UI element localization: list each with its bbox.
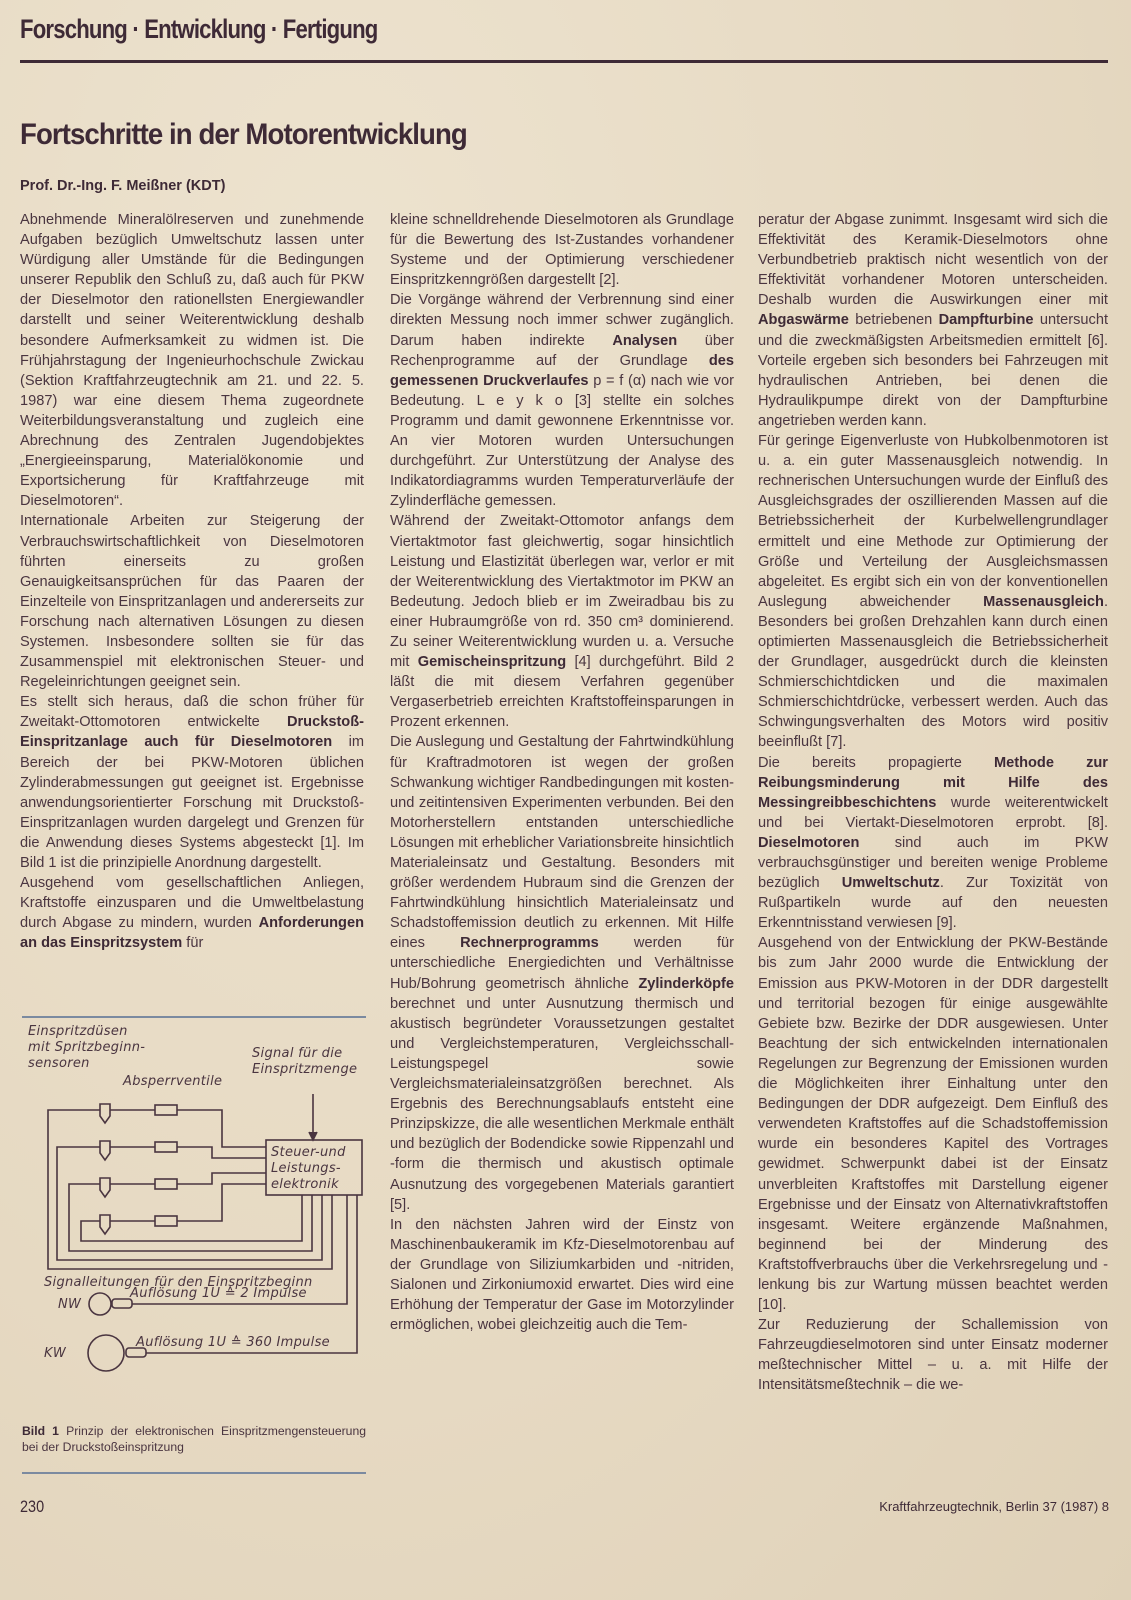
- figure-caption: Bild 1 Prinzip der elektronischen Einspr…: [22, 1423, 366, 1455]
- label-control-unit: Steuer-und Leistungs- elektronik: [271, 1145, 346, 1193]
- paragraph: Für geringe Eigenverluste von Hubkolbenm…: [758, 431, 1108, 753]
- figure-injection-diagram: Einspritzdüsen mit Spritzbeginn- sensore…: [20, 1012, 370, 1402]
- paragraph: peratur der Abgase zunimmt. Insgesamt wi…: [758, 210, 1108, 431]
- paragraph: Ausgehend vom gesellschaftlichen Anliege…: [20, 873, 364, 953]
- label-valves: Absperrventile: [123, 1074, 222, 1090]
- header-rule: [20, 60, 1108, 63]
- article-author: Prof. Dr.-Ing. F. Meißner (KDT): [20, 178, 225, 194]
- paragraph: kleine schnelldrehende Dieselmotoren als…: [390, 210, 734, 290]
- label-nozzles: Einspritzdüsen mit Spritzbeginn- sensore…: [28, 1024, 145, 1072]
- section-header: Forschung · Entwicklung · Fertigung: [20, 14, 378, 45]
- text-column-2: kleine schnelldrehende Dieselmotoren als…: [390, 210, 734, 1335]
- label-kw-resolution: Auflösung 1U ≙ 360 Impulse: [136, 1335, 330, 1351]
- paragraph: In den nächsten Jahren wird der Einstz v…: [390, 1215, 734, 1336]
- text-column-3: peratur der Abgase zunimmt. Insgesamt wi…: [758, 210, 1108, 1396]
- article-title: Fortschritte in der Motorentwicklung: [20, 118, 467, 152]
- paragraph: Es stellt sich heraus, daß die schon frü…: [20, 692, 364, 873]
- paragraph: Die bereits propagierte Methode zur Reib…: [758, 753, 1108, 934]
- paragraph: Die Auslegung und Gestaltung der Fahrtwi…: [390, 732, 734, 1214]
- journal-citation: Kraftfahrzeugtechnik, Berlin 37 (1987) 8: [879, 1499, 1109, 1514]
- paragraph: Internationale Arbeiten zur Steigerung d…: [20, 511, 364, 692]
- page-number: 230: [20, 1497, 44, 1517]
- figure-bottom-rule: [22, 1472, 366, 1474]
- paragraph: Abnehmende Mineralölreserven und zunehme…: [20, 210, 364, 511]
- label-nw: NW: [58, 1297, 81, 1313]
- paragraph: Während der Zweitakt-Ottomotor anfangs d…: [390, 511, 734, 732]
- label-signal-quantity: Signal für die Einspritzmenge: [252, 1046, 357, 1078]
- nozzle-icon: [100, 1104, 110, 1234]
- text-column-1: Abnehmende Mineralölreserven und zunehme…: [20, 210, 364, 953]
- label-nw-resolution: Auflösung 1U ≙ 2 Impulse: [130, 1286, 307, 1302]
- paragraph: Die Vorgänge während der Verbrennung sin…: [390, 290, 734, 511]
- paragraph: Ausgehend von der Entwicklung der PKW-Be…: [758, 933, 1108, 1315]
- label-kw: KW: [44, 1346, 66, 1362]
- paragraph: Zur Reduzierung der Schallemission von F…: [758, 1315, 1108, 1395]
